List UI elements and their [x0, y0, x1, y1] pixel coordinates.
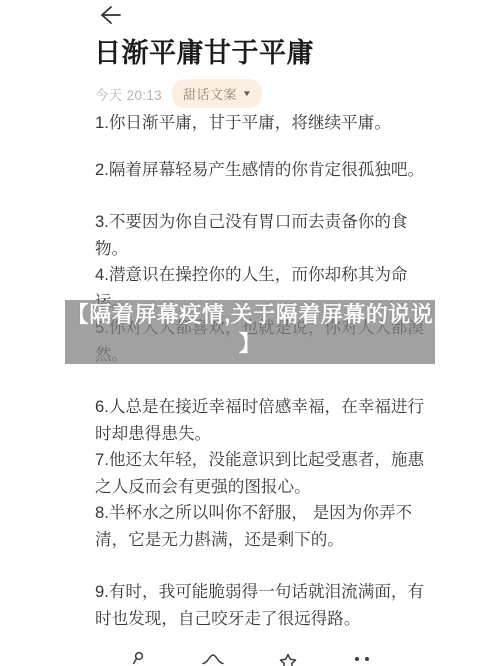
watermark-overlay: 【隔着屏幕疫情,关于隔着屏幕的说说 】: [65, 300, 435, 364]
note-item-1: 1.你日渐平庸，甘于平庸，将继续平庸。: [95, 110, 447, 137]
note-screen: 日渐平庸甘于平庸 今天 20:13 甜话文案 ▼ 1.你日渐平庸，甘于平庸，将继…: [0, 0, 500, 666]
more-icon[interactable]: [351, 650, 375, 666]
note-item-3: 3.不要因为你自己没有胃口而去责备你的食 物。: [95, 209, 447, 262]
note-title: 日渐平庸甘于平庸: [94, 36, 314, 70]
category-label: 甜话文案: [183, 84, 237, 103]
like-icon[interactable]: [201, 650, 225, 666]
bottom-toolbar: [0, 650, 500, 666]
watermark-text: 【隔着屏幕疫情,关于隔着屏幕的说说 】: [67, 301, 434, 358]
note-item-6: 6.人总是在接近幸福时倍感幸福，在幸福进行 时却患得患失。: [95, 394, 447, 447]
back-button[interactable]: [97, 3, 125, 29]
note-meta: 今天 20:13 甜话文案 ▼: [95, 79, 262, 108]
category-selector[interactable]: 甜话文案 ▼: [172, 79, 262, 108]
favorite-star-icon[interactable]: [276, 650, 300, 666]
caret-down-icon: ▼: [242, 90, 252, 98]
back-arrow-icon: [97, 14, 123, 31]
note-item-8: 8.半杯水之所以叫你不舒服， 是因为你弄不 清，它是无力斟满，还是剩下的。: [95, 500, 447, 553]
note-item-2: 2.隔着屏幕轻易产生感情的你肯定很孤独吧。: [95, 157, 447, 184]
note-item-7: 7.他还太年轻，没能意识到比起受惠者，施惠 之人反而会有更强的图报心。: [95, 447, 447, 500]
note-body: 1.你日渐平庸，甘于平庸，将继续平庸。 2.隔着屏幕轻易产生感情的你肯定很孤独吧…: [95, 110, 447, 632]
note-timestamp: 今天 20:13: [95, 84, 162, 104]
note-item-9: 9.有时，我可能脆弱得一句话就泪流满面，有 时也发现，自己咬牙走了很远得路。: [95, 579, 447, 632]
share-icon[interactable]: [126, 650, 150, 666]
